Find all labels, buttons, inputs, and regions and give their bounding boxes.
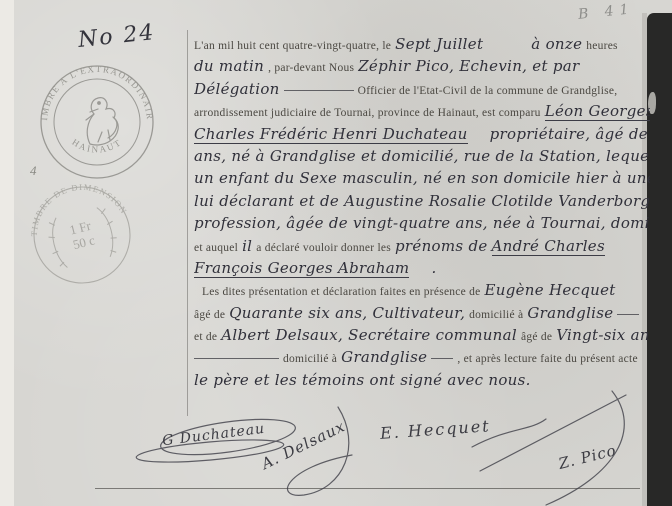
blank-filler-line [431,358,453,359]
handwritten-entry: Délégation [194,80,280,98]
blank-filler-line [617,314,639,315]
printed-form-text: et de [194,331,217,343]
printed-form-text: Officier de l'Etat-Civil de la commune d… [358,85,618,97]
act-line: du matin , par-devant Nous Zéphir Pico, … [194,55,650,77]
handwritten-entry: un enfant du Sexe masculin, né en son do… [194,169,650,187]
handwritten-entry: profession, âgée de vingt-quatre ans, né… [194,214,650,232]
handwritten-entry: ans, né à Grandglise et domicilié, rue d… [194,147,650,165]
handwritten-date: Sept Juillet [395,35,483,53]
handwritten-hour: à onze [531,35,582,53]
blank-filler-line [194,358,279,359]
scanned-birth-record: No 24 B 41 4 TIMBRE A L'EXTRAORDINAIRE H… [0,0,672,506]
handwritten-entry: Grandglise [341,348,427,366]
printed-form-text: domicilié à [283,353,337,365]
act-line: âgé de Quarante six ans, Cultivateur, do… [194,302,650,324]
printed-form-text: âgé de [194,309,225,321]
handwritten-child-forenames: François Georges Abraham [194,259,409,278]
handwritten-witness-name: Albert Delsaux, Secrétaire communal [221,326,517,344]
handwritten-mother-name: lui déclarant et de Augustine Rosalie Cl… [194,192,650,210]
printed-form-text: , par-devant Nous [268,62,354,74]
printed-form-text: a déclaré vouloir donner les [256,242,391,254]
handwritten-entry: prénoms de [395,237,488,255]
scan-left-edge [0,0,14,506]
handwritten-entry: il [242,237,252,255]
printed-form-text: Les dites présentation et déclaration fa… [202,286,481,298]
lion-rampant-icon [86,98,118,145]
act-line: un enfant du Sexe masculin, né en son do… [194,167,650,189]
record-number: No 24 [77,20,157,53]
act-line: arrondissement judiciaire de Tournai, pr… [194,100,650,122]
act-line: lui déclarant et de Augustine Rosalie Cl… [194,190,650,212]
handwritten-entry: Vingt-six ans [556,326,650,344]
handwritten-entry: du matin [194,57,264,75]
printed-form-text: arrondissement judiciaire de Tournai, pr… [194,107,541,119]
act-line: Les dites présentation et déclaration fa… [194,279,650,301]
handwritten-declarant-name: Charles Frédéric Henri Duchateau [194,125,468,144]
stamp-bottom-text: HAINAUT [70,137,123,155]
act-text-block: L'an mil huit cent quatre-vingt-quatre, … [194,33,650,391]
revenue-stamp-dimension: TIMBRE DE DIMENSION 1 Fr 50 c [19,172,145,298]
act-line: et de Albert Delsaux, Secrétaire communa… [194,324,650,346]
act-line: profession, âgée de vingt-quatre ans, né… [194,212,650,234]
handwritten-entry: propriétaire, âgé de Vingt huit [490,125,650,143]
pencil-annotation-margin: 4 [30,163,37,179]
svg-text:HAINAUT: HAINAUT [70,137,123,155]
margin-rule-line [187,30,188,416]
act-line: et auquel il a déclaré vouloir donner le… [194,235,650,257]
act-line: domicilié à Grandglise , et après lectur… [194,346,650,368]
printed-form-text: , et après lecture faite du présent acte [457,353,638,365]
blank-filler-line [284,90,354,91]
printed-form-text: L'an mil huit cent quatre-vingt-quatre, … [194,40,391,52]
act-line: François Georges Abraham . [194,257,650,279]
printed-form-text: et auquel [194,242,238,254]
act-line: Délégation Officier de l'Etat-Civil de l… [194,78,650,100]
act-line: Charles Frédéric Henri Duchateau proprié… [194,123,650,145]
printed-form-text: heures [586,40,618,52]
act-line: L'an mil huit cent quatre-vingt-quatre, … [194,33,650,55]
revenue-stamp-extraordinaire: TIMBRE A L'EXTRAORDINAIRE HAINAUT [38,62,156,182]
printed-form-text: domicilié à [469,309,523,321]
handwritten-child-forenames: André Charles [492,237,605,256]
handwritten-entry: Quarante six ans, Cultivateur, [229,304,465,322]
handwritten-entry: Grandglise [527,304,613,322]
handwritten-officer-name: Zéphir Pico, Echevin, et par [358,57,579,75]
act-line: ans, né à Grandglise et domicilié, rue d… [194,145,650,167]
signature-flourishes [60,385,672,506]
pencil-annotation-top-right: B 41 [577,1,635,23]
handwritten-declarant-name: Léon Georges [545,102,650,121]
handwritten-entry: . [431,259,436,277]
printed-form-text: âgé de [521,331,552,343]
handwritten-witness-name: Eugène Hecquet [485,281,616,299]
